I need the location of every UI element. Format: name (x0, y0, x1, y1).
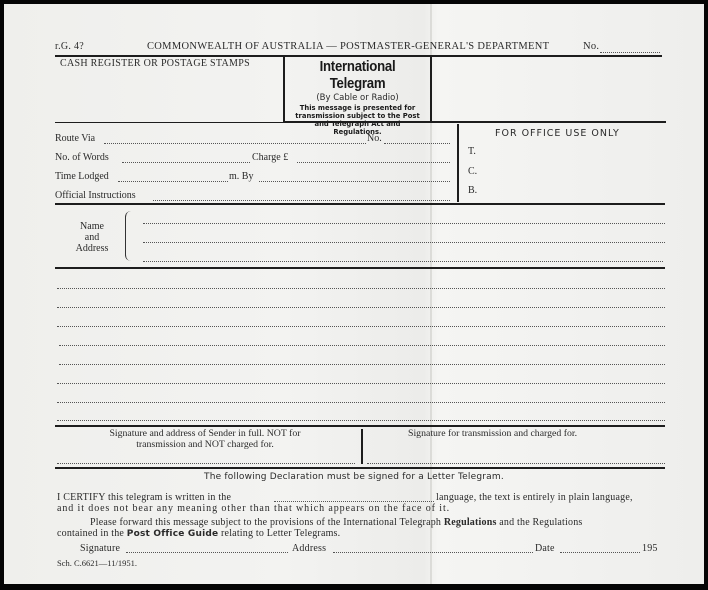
certify-text-part2: language, the text is entirely in plain … (436, 492, 633, 503)
sender-signature-label: Signature and address of Sender in full.… (55, 428, 355, 450)
charge-label: Charge £ (252, 152, 288, 163)
sender-signature-line1: Signature and address of Sender in full.… (55, 428, 355, 439)
form-number: r.G. 4? (55, 41, 84, 52)
by-field[interactable] (259, 181, 450, 182)
route-no-field[interactable] (384, 143, 450, 144)
signature-divider (361, 429, 363, 464)
forward-text-line2b: relating to Letter Telegrams. (221, 528, 340, 539)
sender-signature-line2: transmission and NOT charged for. (55, 439, 355, 450)
sender-signature-field[interactable] (57, 463, 355, 464)
forward-text-line1: Please forward this message subject to t… (90, 517, 583, 528)
name-address-bottom-rule (55, 267, 665, 269)
forward-text-line2a: contained in the (57, 528, 124, 539)
certify-text-part1: I CERTIFY this telegram is written in th… (57, 492, 231, 503)
route-via-field[interactable] (104, 143, 366, 144)
route-no-label: No. (367, 133, 382, 144)
declaration-address-label: Address (292, 543, 326, 554)
office-use-title: FOR OFFICE USE ONLY (495, 128, 620, 139)
message-line-5[interactable] (59, 364, 665, 365)
cash-register-label: CASH REGISTER OR POSTAGE STAMPS (60, 58, 250, 69)
no-of-words-label: No. of Words (55, 152, 109, 163)
m-by-label: m. By (229, 171, 253, 182)
name-address-line-2[interactable] (143, 242, 665, 243)
telegram-subtitle: (By Cable or Radio) (285, 93, 430, 103)
telegram-notice: This message is presented for transmissi… (285, 104, 430, 136)
declaration-address-field[interactable] (333, 552, 533, 553)
forward-text-part1: Please forward this message subject to t… (90, 517, 441, 528)
time-lodged-field[interactable] (118, 181, 228, 182)
official-instructions-field[interactable] (153, 200, 450, 201)
certify-text-line2: and it does not bear any meaning other t… (57, 503, 450, 514)
message-line-8[interactable] (57, 420, 665, 421)
time-lodged-label: Time Lodged (55, 171, 109, 182)
forward-text-line2: contained in the Post Office Guide relat… (57, 528, 340, 539)
post-office-guide-text: Post Office Guide (127, 529, 219, 539)
office-use-divider (457, 124, 459, 202)
header-no-field[interactable] (600, 52, 660, 53)
signature-bottom-rule (55, 467, 665, 469)
message-bottom-rule (55, 425, 665, 427)
message-line-2[interactable] (57, 307, 665, 308)
office-use-c: C. (468, 166, 477, 177)
international-telegram-title-box: International Telegram (By Cable or Radi… (283, 56, 432, 121)
name-address-line-1[interactable] (143, 223, 665, 224)
charge-field[interactable] (297, 162, 450, 163)
name-label-line2: and (62, 232, 122, 243)
message-line-6[interactable] (57, 383, 665, 384)
forward-text-part2: and the Regulations (499, 517, 582, 528)
forward-text-bold1: Regulations (444, 517, 497, 528)
title-box-bottom-rule (283, 121, 666, 123)
declaration-signature-field[interactable] (126, 552, 288, 553)
declaration-date-label: Date (535, 543, 555, 554)
official-instructions-label: Official Instructions (55, 190, 136, 201)
message-line-3[interactable] (57, 326, 665, 327)
transmission-signature-label: Signature for transmission and charged f… (408, 428, 577, 439)
header-no-label: No. (583, 41, 599, 52)
name-label-line3: Address (62, 243, 122, 254)
name-address-label: Name and Address (62, 221, 122, 254)
language-field[interactable] (274, 501, 434, 502)
message-line-4[interactable] (59, 345, 665, 346)
declaration-date-field[interactable] (560, 552, 640, 553)
declaration-signature-label: Signature (80, 543, 120, 554)
declaration-year-prefix: 195 (642, 543, 658, 554)
transmission-signature-field[interactable] (367, 463, 665, 464)
header-title: COMMONWEALTH OF AUSTRALIA — POSTMASTER-G… (147, 41, 549, 52)
route-via-label: Route Via (55, 133, 95, 144)
no-of-words-field[interactable] (122, 162, 250, 163)
name-address-brace (125, 211, 132, 261)
office-use-t: T. (468, 146, 476, 157)
fields-bottom-rule (55, 203, 665, 205)
message-line-1[interactable] (57, 288, 665, 289)
message-line-7[interactable] (57, 402, 665, 403)
name-address-line-3[interactable] (143, 261, 663, 262)
telegram-title: International Telegram (294, 58, 422, 92)
schedule-number: Sch. C.6621—11/1951. (57, 558, 137, 568)
name-label-line1: Name (62, 221, 122, 232)
declaration-title: The following Declaration must be signed… (204, 472, 504, 482)
office-use-b: B. (468, 185, 477, 196)
stamp-area-rule (55, 122, 283, 123)
